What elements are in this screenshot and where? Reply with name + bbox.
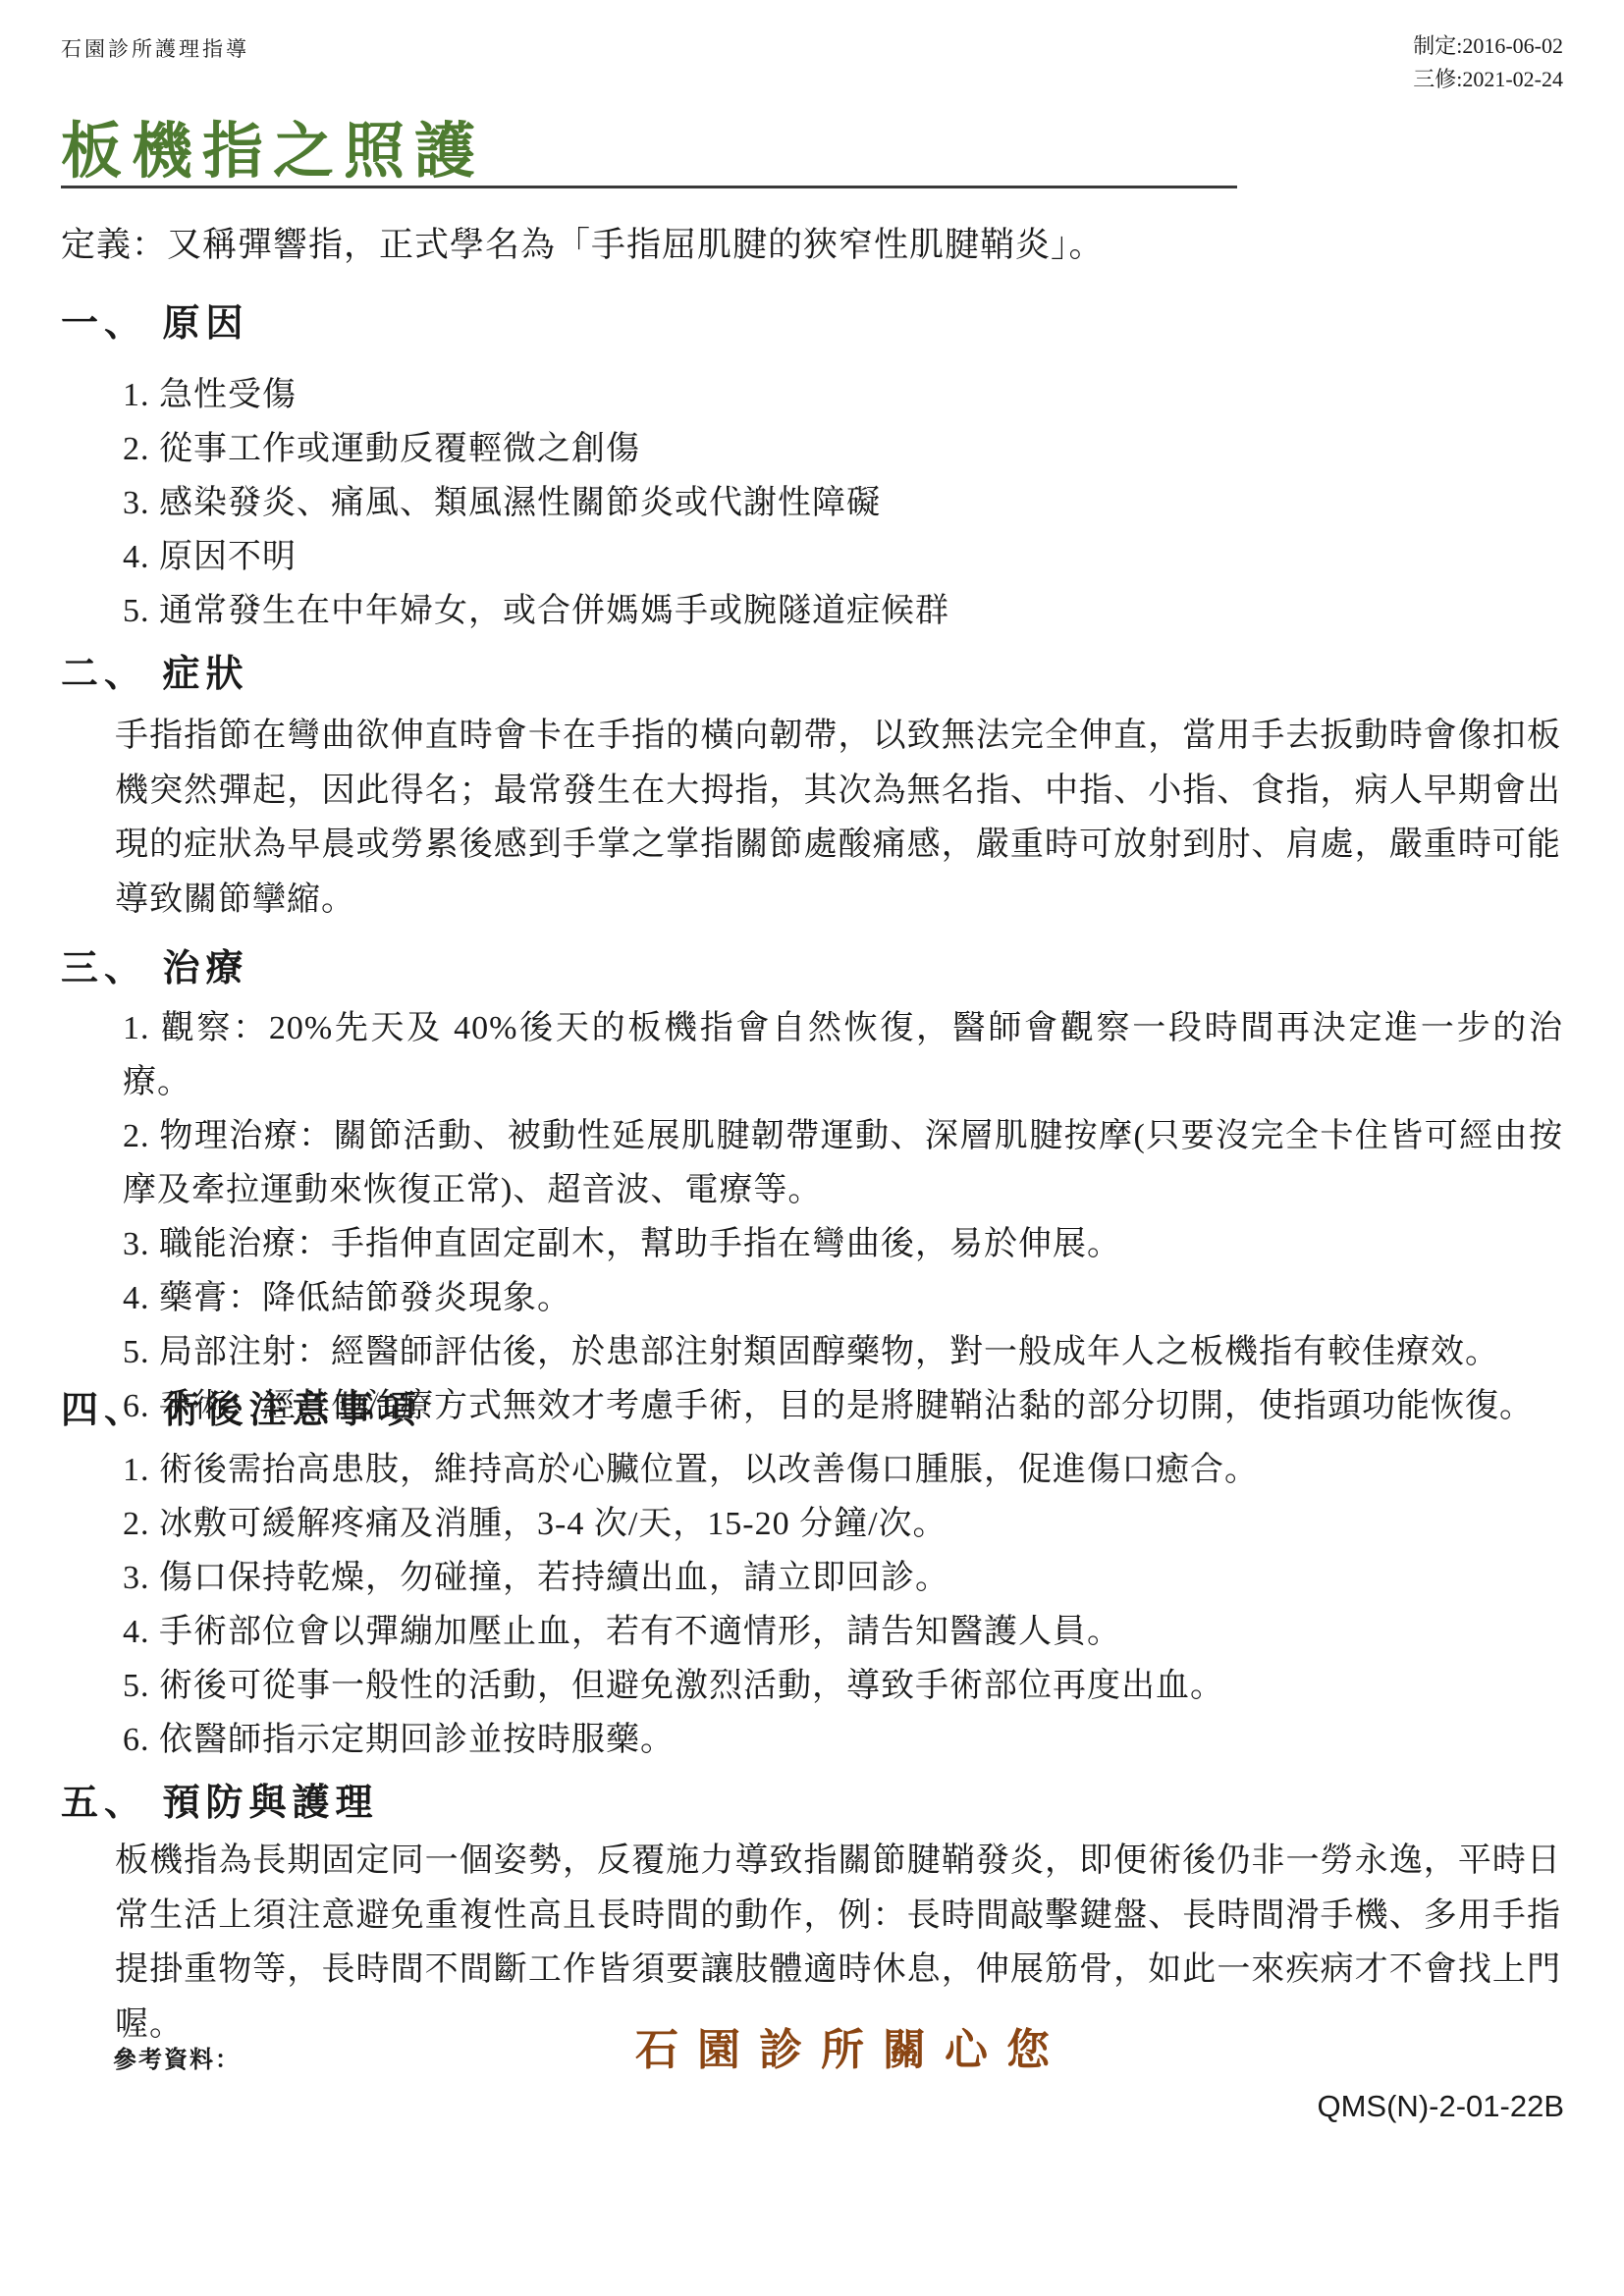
list-item: 3. 傷口保持乾燥，勿碰撞，若持續出血，請立即回診。 xyxy=(123,1551,1563,1605)
document-page: 石園診所護理指導 制定:2016-06-02 三修:2021-02-24 板機指… xyxy=(0,0,1624,2296)
list-item: 4. 藥膏：降低結節發炎現象。 xyxy=(123,1271,1563,1325)
symptoms-paragraph: 手指指節在彎曲欲伸直時會卡在手指的橫向韌帶，以致無法完全伸直，當用手去扳動時會像… xyxy=(115,709,1561,927)
list-item: 1. 急性受傷 xyxy=(123,368,1563,422)
list-item: 5. 術後可從事一般性的活動，但避免激烈活動，導致手術部位再度出血。 xyxy=(123,1659,1563,1713)
causes-list: 1. 急性受傷 2. 從事工作或運動反覆輕微之創傷 3. 感染發炎、痛風、類風濕… xyxy=(123,368,1563,638)
page-title: 板機指之照護 xyxy=(61,102,485,189)
postop-list: 1. 術後需抬高患肢，維持高於心臟位置，以改善傷口腫脹，促進傷口癒合。 2. 冰… xyxy=(123,1443,1563,1767)
title-divider xyxy=(61,186,1237,188)
list-item: 6. 依醫師指示定期回診並按時服藥。 xyxy=(123,1713,1563,1767)
list-item: 2. 物理治療：關節活動、被動性延展肌腱韌帶運動、深層肌腱按摩(只要沒完全卡住皆… xyxy=(123,1109,1563,1217)
revision-dates: 制定:2016-06-02 三修:2021-02-24 xyxy=(1413,29,1563,96)
list-item: 2. 冰敷可緩解疼痛及消腫，3-4 次/天，15-20 分鐘/次。 xyxy=(123,1497,1563,1551)
section-heading-symptoms: 二、 症狀 xyxy=(61,643,249,697)
section-heading-treatment: 三、 治療 xyxy=(61,937,249,991)
list-item: 4. 手術部位會以彈繃加壓止血，若有不適情形，請告知醫護人員。 xyxy=(123,1605,1563,1659)
section-heading-causes: 一、 原因 xyxy=(61,293,249,347)
section-heading-prevention: 五、 預防與護理 xyxy=(61,1772,379,1826)
clinic-slogan: 石 園 診 所 關 心 您 xyxy=(550,2014,1139,2077)
treatment-list: 1. 觀察：20%先天及 40%後天的板機指會自然恢復，醫師會觀察一段時間再決定… xyxy=(123,1001,1563,1433)
clinic-doc-label: 石園診所護理指導 xyxy=(61,33,249,63)
definition-line: 定義：又稱彈響指，正式學名為「手指屈肌腱的狹窄性肌腱鞘炎」。 xyxy=(61,218,1563,267)
list-item: 3. 職能治療：手指伸直固定副木，幫助手指在彎曲後，易於伸展。 xyxy=(123,1217,1563,1271)
list-item: 5. 通常發生在中年婦女，或合併媽媽手或腕隧道症候群 xyxy=(123,584,1563,638)
list-item: 1. 術後需抬高患肢，維持高於心臟位置，以改善傷口腫脹，促進傷口癒合。 xyxy=(123,1443,1563,1497)
list-item: 3. 感染發炎、痛風、類風濕性關節炎或代謝性障礙 xyxy=(123,476,1563,530)
list-item: 4. 原因不明 xyxy=(123,530,1563,584)
list-item: 1. 觀察：20%先天及 40%後天的板機指會自然恢復，醫師會觀察一段時間再決定… xyxy=(123,1001,1563,1109)
section-heading-postop: 四、 術後注意事項 xyxy=(61,1379,422,1433)
document-code: QMS(N)-2-01-22B xyxy=(1318,2089,1565,2124)
list-item: 2. 從事工作或運動反覆輕微之創傷 xyxy=(123,422,1563,476)
list-item: 5. 局部注射：經醫師評估後，於患部注射類固醇藥物，對一般成年人之板機指有較佳療… xyxy=(123,1325,1563,1379)
reference-label: 參考資料： xyxy=(113,2040,241,2074)
